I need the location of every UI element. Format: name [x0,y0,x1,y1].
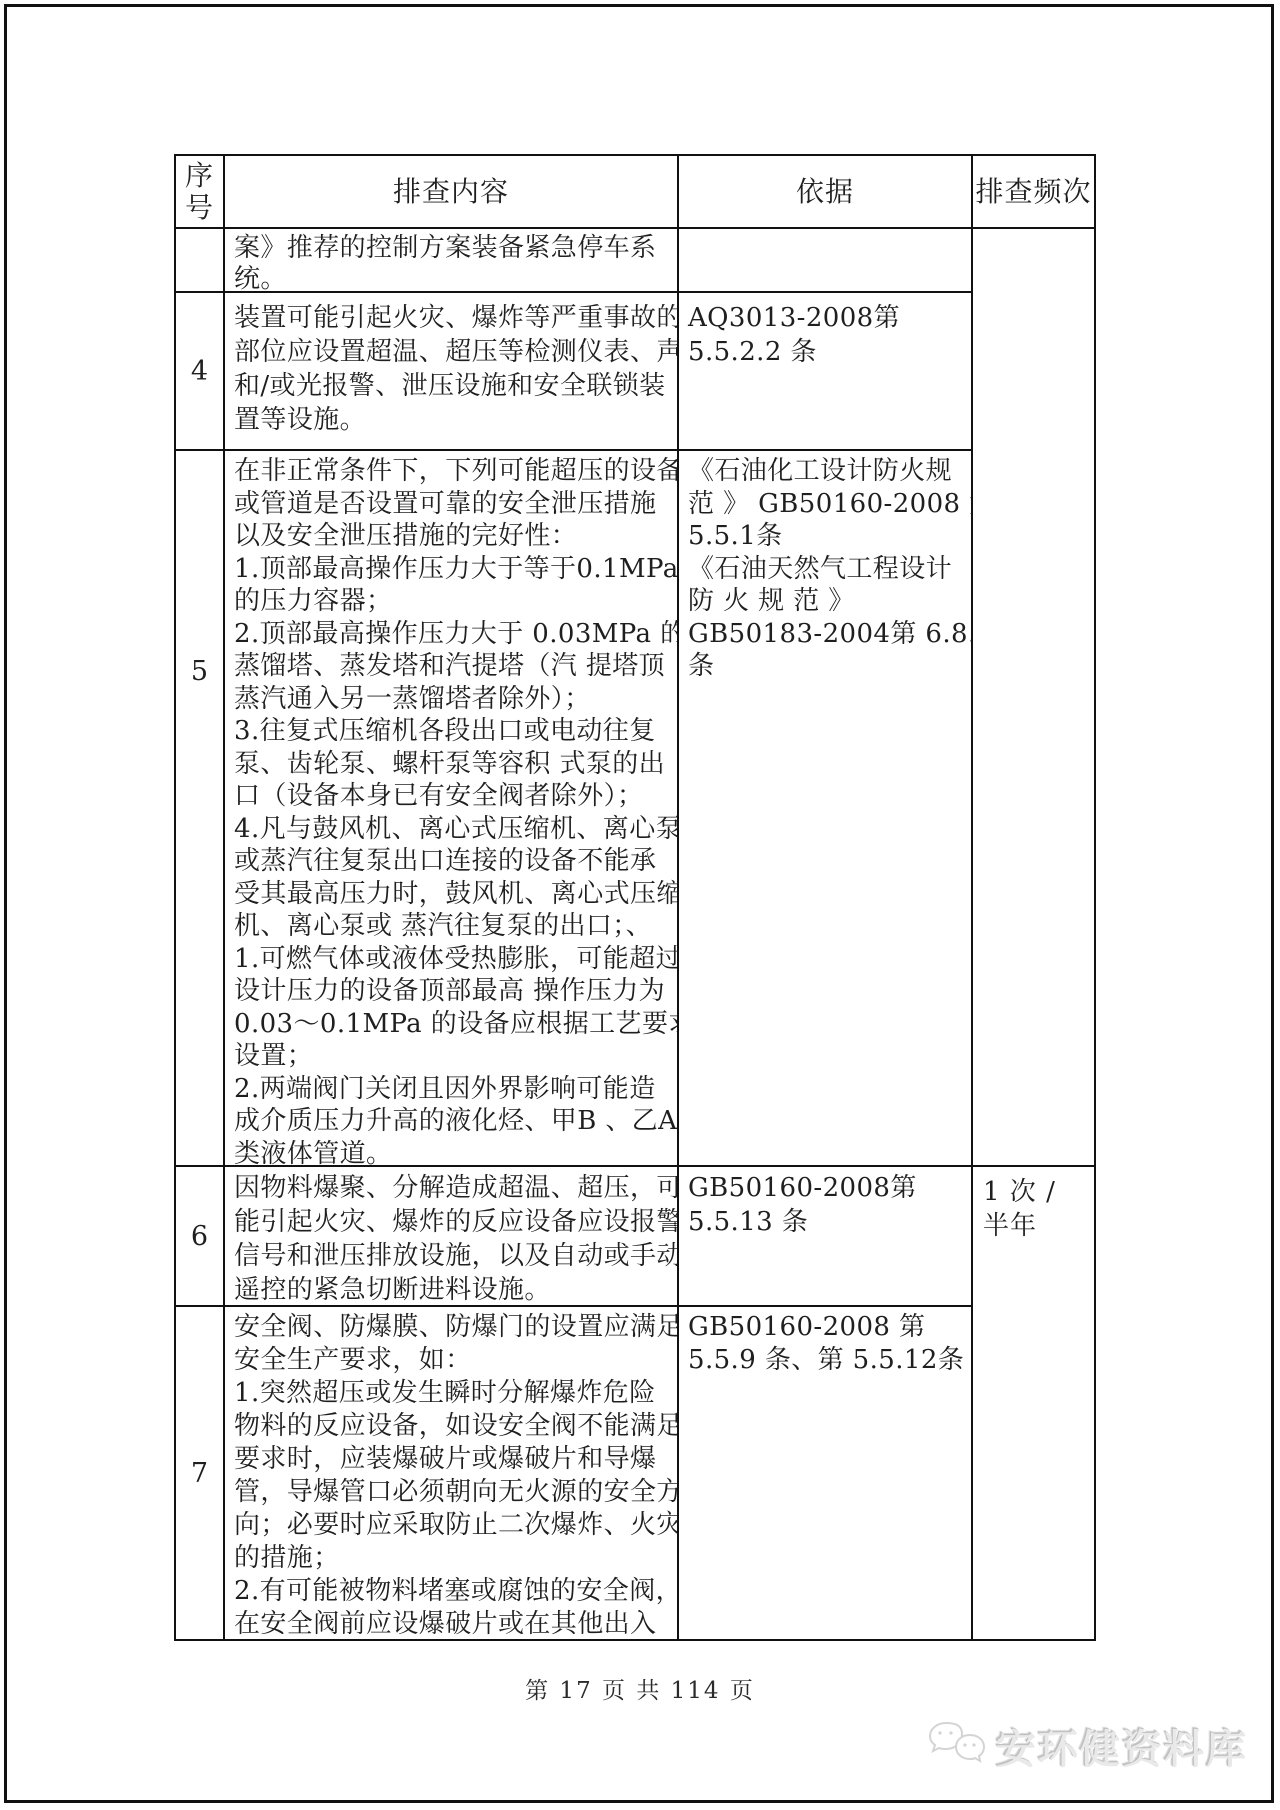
document-page: { "header": { "serial": "序号", "content":… [0,0,1280,1810]
text-line: 5.5.9 条、第 5.5.12条 [688,1344,965,1377]
page-number: 第 17 页 共 114 页 [0,1672,1280,1705]
serial-cell-4: 4 [176,293,225,451]
serial-cell-7: 7 [176,1307,225,1639]
text-line: 能引起火灾、爆炸的反应设备应设报警 [234,1205,671,1239]
text-line: 范 》 GB50160-2008 第 [688,488,965,521]
basis-cell-7: GB50160-2008 第5.5.9 条、第 5.5.12条 [679,1307,973,1639]
text-line: 或蒸汽往复泵出口连接的设备不能承 [234,845,671,878]
text-line: 信号和泄压排放设施，以及自动或手动 [234,1239,671,1273]
text-line: 蒸馏塔、蒸发塔和汽提塔（汽 提塔顶 [234,650,671,683]
serial-cell-6: 6 [176,1167,225,1307]
header-col-frequency: 排查频次 [973,156,1094,229]
text-line: 物料的反应设备，如设安全阀不能满足 [234,1410,671,1443]
basis-cell-4: AQ3013-2008第5.5.2.2 条 [679,293,973,451]
text-line: 1.突然超压或发生瞬时分解爆炸危险 [234,1377,671,1410]
text-line: 防 火 规 范 》 [688,585,965,618]
text-line: 案》推荐的控制方案装备紧急停车系 [234,233,671,264]
text-line: 设置； [234,1040,671,1073]
text-line: 1.可燃气体或液体受热膨胀，可能超过 [234,943,671,976]
text-line: 装置可能引起火灾、爆炸等严重事故的 [234,301,671,335]
text-line: 设计压力的设备顶部最高 操作压力为 [234,975,671,1008]
basis-cell-6: GB50160-2008第5.5.13 条 [679,1167,973,1307]
text-line: 5.5.13 条 [688,1205,965,1239]
text-line: 机、离心泵或 蒸汽往复泵的出口；、 [234,910,671,943]
chat-bubbles-icon [926,1719,988,1775]
text-line: 安全阀、防爆膜、防爆门的设置应满足 [234,1311,671,1344]
text-line: 3.往复式压缩机各段出口或电动往复 [234,715,671,748]
text-line: 类液体管道。 [234,1138,671,1168]
basis-cell-continuation [679,229,973,293]
frequency-cell-value: 1 次 / 半年 [973,1167,1094,1639]
text-line: 5.5.2.2 条 [688,335,965,369]
content-cell-4: 装置可能引起火灾、爆炸等严重事故的部位应设置超温、超压等检测仪表、声和/或光报警… [225,293,679,451]
text-line: 向；必要时应采取防止二次爆炸、火灾 [234,1509,671,1542]
header-col-basis: 依据 [679,156,973,229]
text-line: 以及安全泄压措施的完好性： [234,520,671,553]
text-line: 或管道是否设置可靠的安全泄压措施 [234,488,671,521]
text-line: 泵、齿轮泵、螺杆泵等容积 式泵的出 [234,748,671,781]
text-line: 蒸汽通入另一蒸馏塔者除外）； [234,683,671,716]
content-cell-7: 安全阀、防爆膜、防爆门的设置应满足安全生产要求，如：1.突然超压或发生瞬时分解爆… [225,1307,679,1639]
header-col-content: 排查内容 [225,156,679,229]
text-line: 2.有可能被物料堵塞或腐蚀的安全阀， [234,1575,671,1608]
basis-cell-5: 《石油化工设计防火规范 》 GB50160-2008 第5.5.1条《石油天然气… [679,451,973,1167]
text-line: 的压力容器； [234,585,671,618]
text-line: 和/或光报警、泄压设施和安全联锁装 [234,369,671,403]
text-line: 《石油天然气工程设计 [688,553,965,586]
content-cell-6: 因物料爆聚、分解造成超温、超压，可能引起火灾、爆炸的反应设备应设报警信号和泄压排… [225,1167,679,1307]
text-line: 口（设备本身已有安全阀者除外）； [234,780,671,813]
serial-cell-5: 5 [176,451,225,1167]
text-line: 1.顶部最高操作压力大于等于0.1MPa [234,553,671,586]
text-line: 在安全阀前应设爆破片或在其他出入 [234,1608,671,1639]
text-line: GB50183-2004第 6.8.1 [688,618,965,651]
text-line: 置等设施。 [234,403,671,437]
text-line: 部位应设置超温、超压等检测仪表、声 [234,335,671,369]
text-line: GB50160-2008第 [688,1171,965,1205]
text-line: 0.03～0.1MPa 的设备应根据工艺要求 [234,1008,671,1041]
text-line: 条 [688,650,965,683]
text-line: 《石油化工设计防火规 [688,455,965,488]
text-line: AQ3013-2008第 [688,301,965,335]
frequency-cell-empty [973,229,1094,1167]
watermark: 安环健资料库 [926,1718,1248,1775]
watermark-label: 安环健资料库 [996,1718,1248,1775]
text-line: 在非正常条件下，下列可能超压的设备 [234,455,671,488]
serial-cell-continuation [176,229,225,293]
text-line: GB50160-2008 第 [688,1311,965,1344]
text-line: 2.两端阀门关闭且因外界影响可能造 [234,1073,671,1106]
text-line: 因物料爆聚、分解造成超温、超压，可 [234,1171,671,1205]
text-line: 的措施； [234,1542,671,1575]
text-line: 受其最高压力时，鼓风机、离心式压缩 [234,878,671,911]
content-cell-continuation: 案》推荐的控制方案装备紧急停车系统。 [225,229,679,293]
text-line: 5.5.1条 [688,520,965,553]
content-cell-5: 在非正常条件下，下列可能超压的设备或管道是否设置可靠的安全泄压措施以及安全泄压措… [225,451,679,1167]
inspection-table: 序号 排查内容 依据 排查频次 案》推荐的控制方案装备紧急停车系统。 4 装置可… [174,154,1096,1641]
text-line: 遥控的紧急切断进料设施。 [234,1273,671,1307]
text-line: 2.顶部最高操作压力大于 0.03MPa 的 [234,618,671,651]
header-col-serial: 序号 [176,156,225,229]
text-line: 4.凡与鼓风机、离心式压缩机、离心泵 [234,813,671,846]
text-line: 要求时，应装爆破片或爆破片和导爆 [234,1443,671,1476]
text-line: 成介质压力升高的液化烃、甲B 、乙A [234,1105,671,1138]
text-line: 安全生产要求，如： [234,1344,671,1377]
text-line: 管，导爆管口必须朝向无火源的安全方 [234,1476,671,1509]
text-line: 统。 [234,264,671,293]
